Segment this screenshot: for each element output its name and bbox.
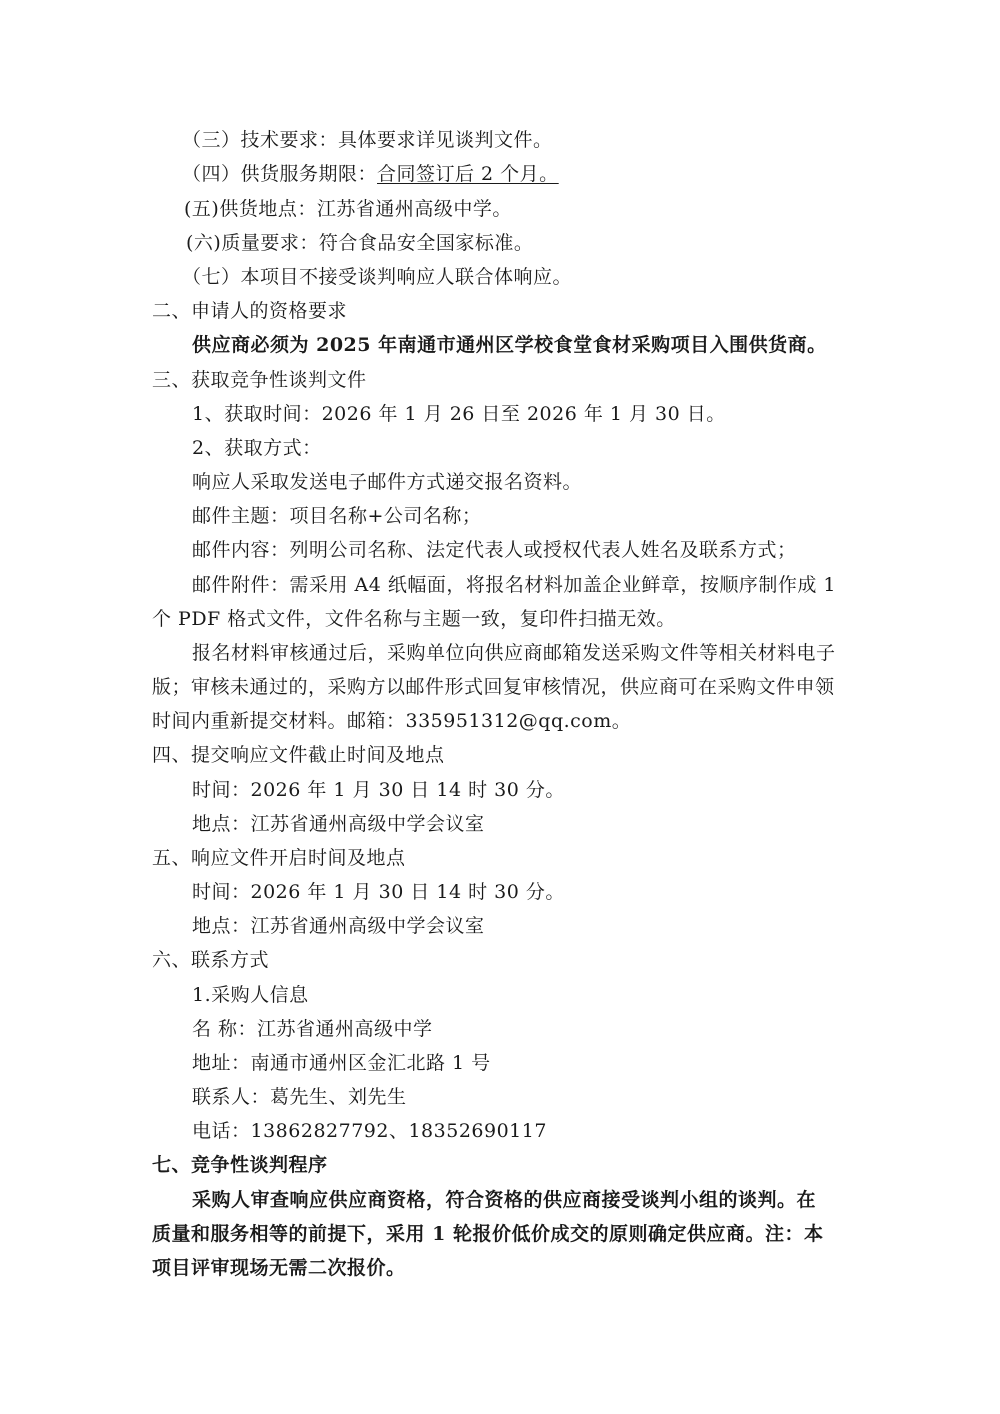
section-heading-procedure: 七、竞争性谈判程序 <box>152 1153 328 1177</box>
section-heading-obtain-docs: 三、获取竞争性谈判文件 <box>152 368 367 392</box>
service-period: （四）供货服务期限：合同签订后 2 个月。 <box>182 162 559 186</box>
email-subject: 邮件主题：项目名称+公司名称； <box>192 504 481 528</box>
review-1: 报名材料审核通过后，采购单位向供应商邮箱发送采购文件等相关材料电子 <box>192 641 836 665</box>
qualification-body: 供应商必须为 2025 年南通市通州区学校食堂食材采购项目入围供货商。 <box>192 333 827 357</box>
obtain-method-desc: 响应人采取发送电子邮件方式递交报名资料。 <box>192 470 582 494</box>
purchaser-info-heading: 1.采购人信息 <box>192 983 309 1007</box>
service-period-value: 合同签订后 2 个月。 <box>377 163 559 185</box>
purchaser-phone: 电话：13862827792、18352690117 <box>192 1119 547 1143</box>
procedure-body-2: 质量和服务相等的前提下，采用 1 轮报价低价成交的原则确定供应商。注：本 <box>152 1222 823 1246</box>
purchaser-name: 名 称：江苏省通州高级中学 <box>192 1017 433 1041</box>
email-content: 邮件内容：列明公司名称、法定代表人或授权代表人姓名及联系方式； <box>192 538 797 562</box>
procedure-body-1: 采购人审查响应供应商资格，符合资格的供应商接受谈判小组的谈判。在 <box>192 1188 816 1212</box>
submission-place: 地点：江苏省通州高级中学会议室 <box>192 812 485 836</box>
obtain-method: 2、获取方式： <box>192 436 322 460</box>
section-heading-qualification: 二、申请人的资格要求 <box>152 299 347 323</box>
opening-time: 时间：2026 年 1 月 30 日 14 时 30 分。 <box>192 880 565 904</box>
review-3: 时间内重新提交材料。邮箱：335951312@qq.com。 <box>152 709 631 733</box>
opening-place: 地点：江苏省通州高级中学会议室 <box>192 914 485 938</box>
submission-time: 时间：2026 年 1 月 30 日 14 时 30 分。 <box>192 778 565 802</box>
email-attachment-2: 个 PDF 格式文件，文件名称与主题一致，复印件扫描无效。 <box>152 607 676 631</box>
section-heading-opening: 五、响应文件开启时间及地点 <box>152 846 406 870</box>
delivery-location: (五)供货地点：江苏省通州高级中学。 <box>184 197 512 221</box>
tech-requirement: （三）技术要求：具体要求详见谈判文件。 <box>182 128 553 152</box>
procedure-body-3: 项目评审现场无需二次报价。 <box>152 1256 406 1280</box>
section-heading-submission: 四、提交响应文件截止时间及地点 <box>152 743 445 767</box>
obtain-time: 1、获取时间：2026 年 1 月 26 日至 2026 年 1 月 30 日。 <box>192 402 726 426</box>
purchaser-address: 地址：南通市通州区金汇北路 1 号 <box>192 1051 491 1075</box>
email-attachment-1: 邮件附件：需采用 A4 纸幅面，将报名材料加盖企业鲜章，按顺序制作成 1 <box>192 573 836 597</box>
no-consortium: （七）本项目不接受谈判响应人联合体响应。 <box>182 265 572 289</box>
quality-requirement: (六)质量要求：符合食品安全国家标准。 <box>186 231 533 255</box>
service-period-label: （四）供货服务期限： <box>182 163 377 185</box>
purchaser-contact: 联系人：葛先生、刘先生 <box>192 1085 407 1109</box>
document-page: （三）技术要求：具体要求详见谈判文件。 （四）供货服务期限：合同签订后 2 个月… <box>0 0 1000 1414</box>
section-heading-contact: 六、联系方式 <box>152 948 269 972</box>
review-2: 版；审核未通过的，采购方以邮件形式回复审核情况，供应商可在采购文件申领 <box>152 675 835 699</box>
